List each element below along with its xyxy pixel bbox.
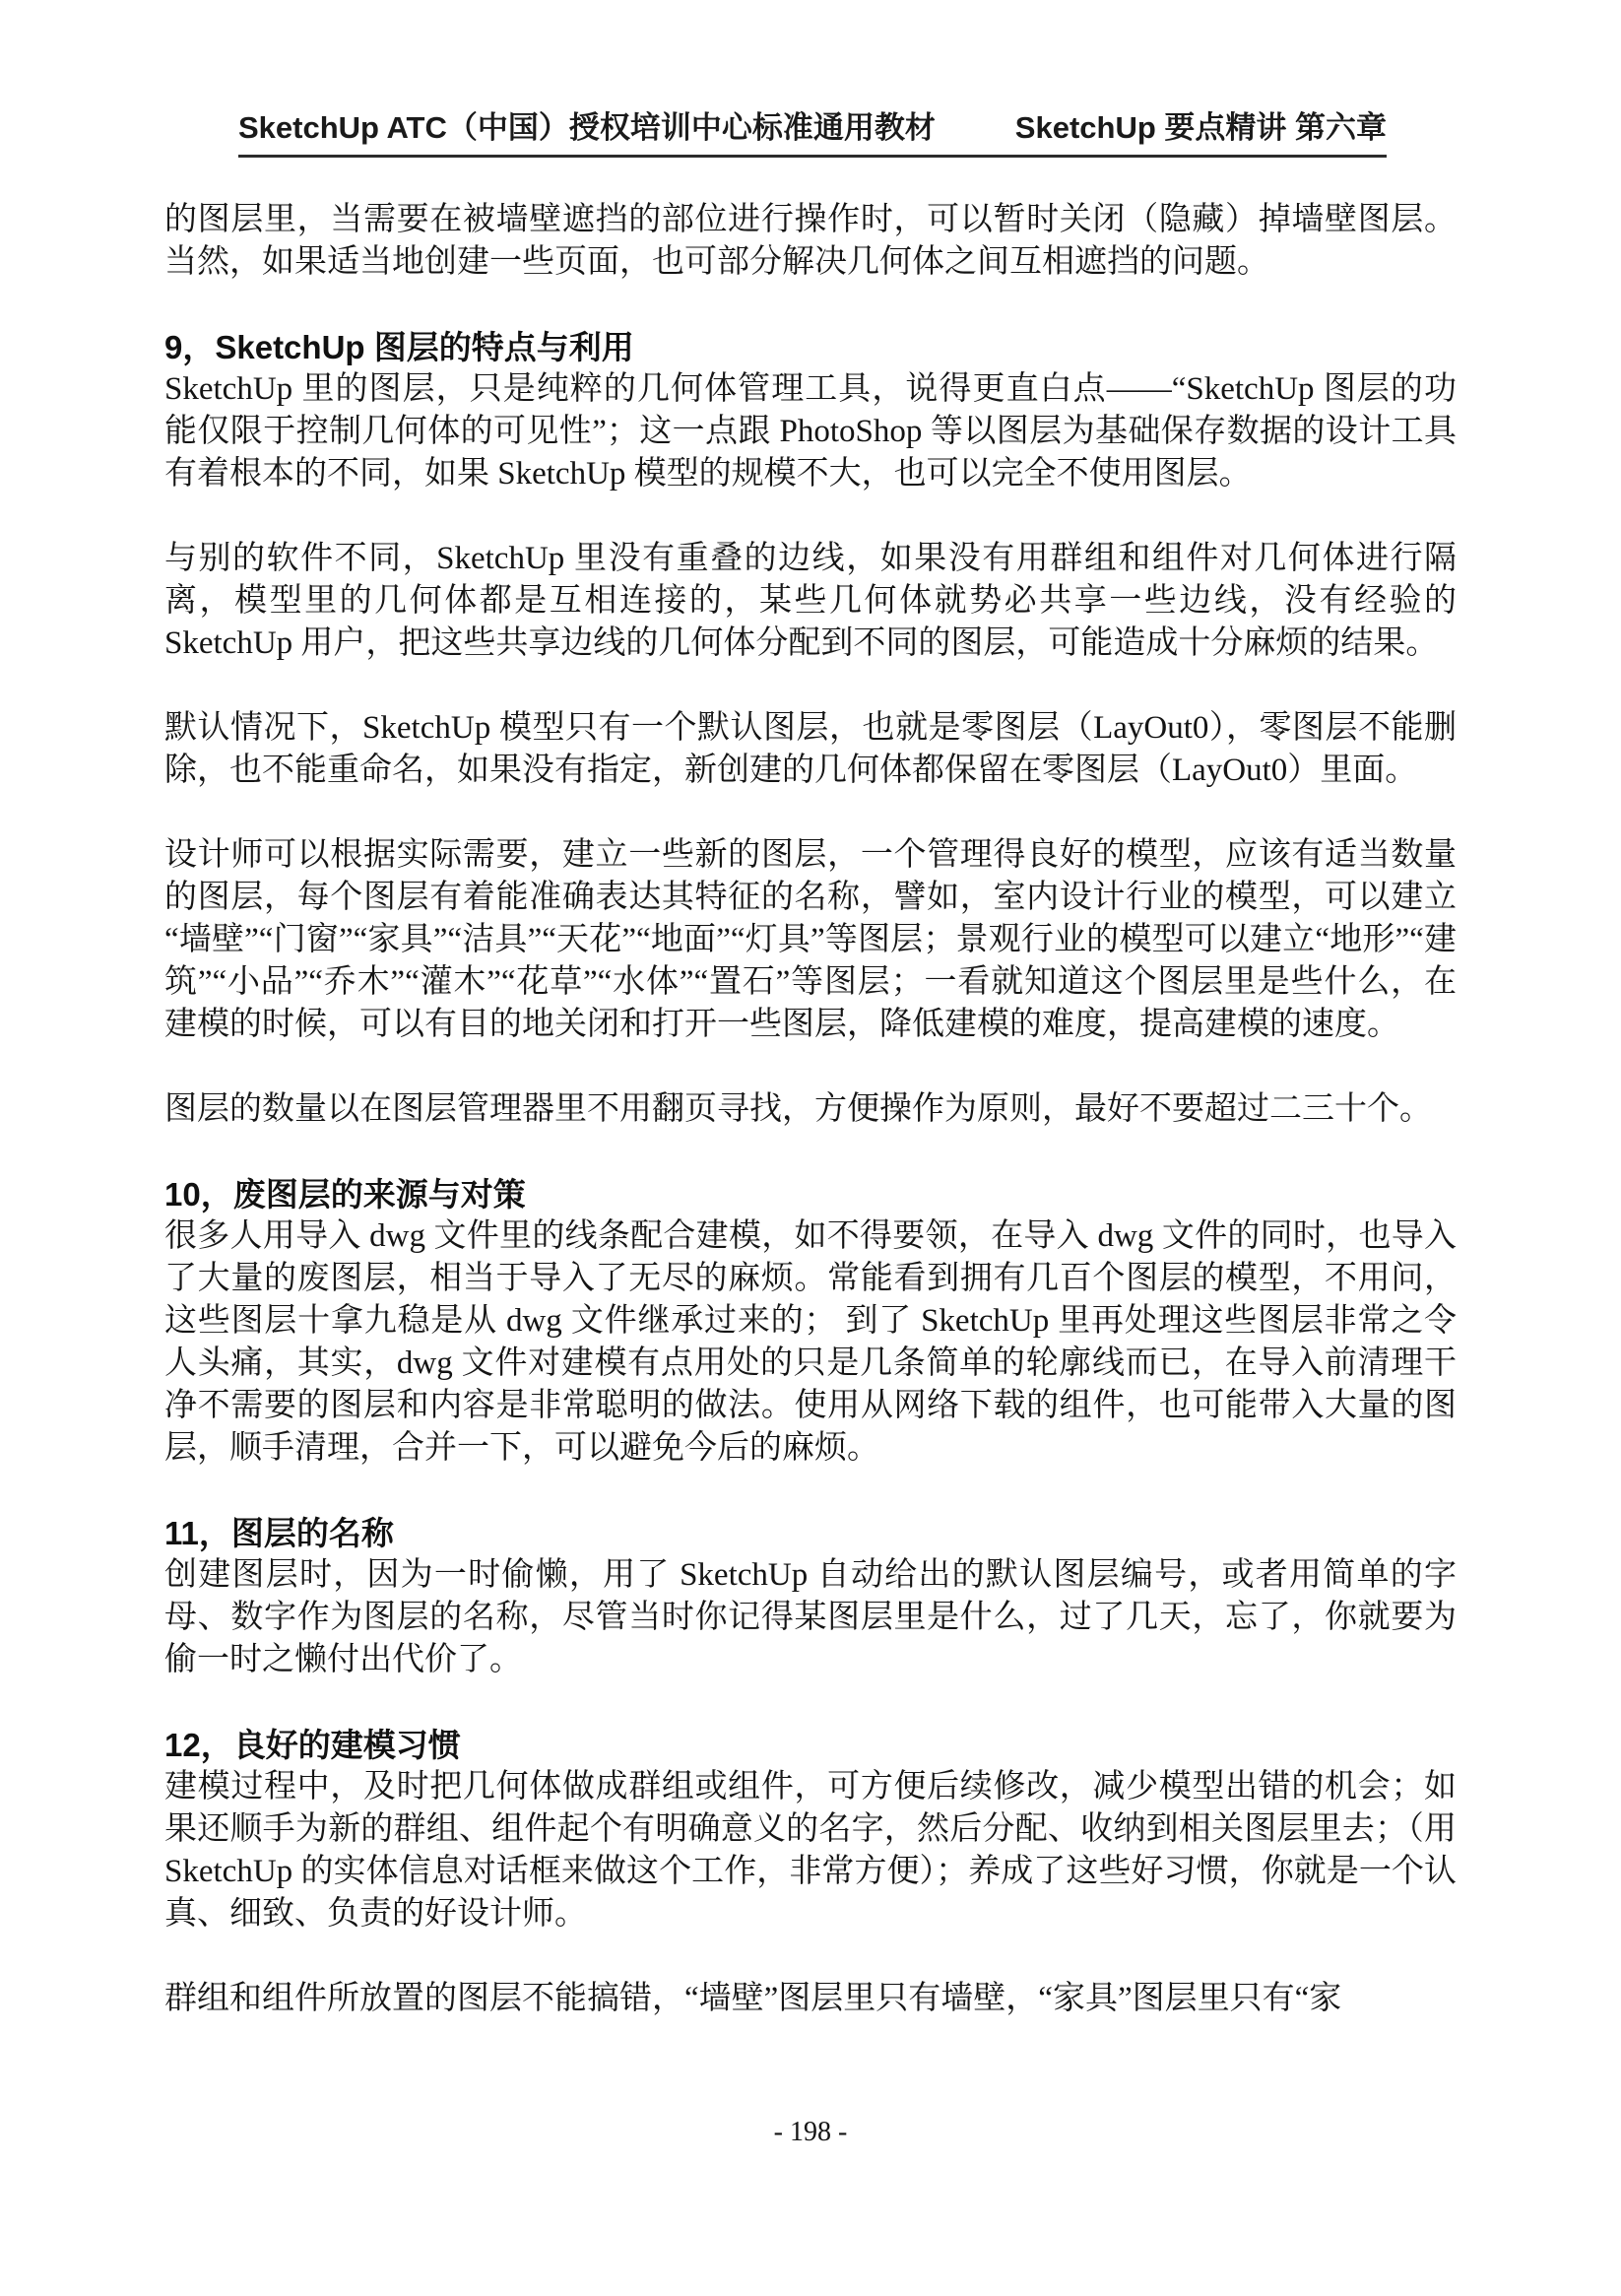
- body-paragraph: 很多人用导入 dwg 文件里的线条配合建模，如不得要领，在导入 dwg 文件的同…: [164, 1215, 1457, 1470]
- document-body: 的图层里，当需要在被墙壁遮挡的部位进行操作时，可以暂时关闭（隐藏）掉墙壁图层。当…: [164, 199, 1457, 2020]
- page-header: SketchUp ATC（中国）授权培训中心标准通用教材 SketchUp 要点…: [238, 108, 1387, 158]
- header-right-title: SketchUp 要点精讲 第六章: [1015, 108, 1387, 148]
- body-paragraph: 与别的软件不同，SketchUp 里没有重叠的边线，如果没有用群组和组件对几何体…: [164, 538, 1457, 665]
- section-heading: 9，SketchUp 图层的特点与利用: [164, 326, 1457, 368]
- section-heading: 12，良好的建模习惯: [164, 1724, 1457, 1766]
- body-paragraph: 设计师可以根据实际需要，建立一些新的图层，一个管理得良好的模型，应该有适当数量的…: [164, 834, 1457, 1046]
- page-footer: - 198 -: [0, 2116, 1621, 2149]
- section-heading: 11，图层的名称: [164, 1512, 1457, 1554]
- body-paragraph: 图层的数量以在图层管理器里不用翻页寻找，方便操作为原则，最好不要超过二三十个。: [164, 1088, 1457, 1131]
- body-paragraph: 建模过程中，及时把几何体做成群组或组件，可方便后续修改，减少模型出错的机会；如果…: [164, 1766, 1457, 1935]
- document-page: SketchUp ATC（中国）授权培训中心标准通用教材 SketchUp 要点…: [0, 0, 1621, 2296]
- body-paragraph: 的图层里，当需要在被墙壁遮挡的部位进行操作时，可以暂时关闭（隐藏）掉墙壁图层。当…: [164, 199, 1457, 284]
- body-paragraph: 默认情况下，SketchUp 模型只有一个默认图层，也就是零图层（LayOut0…: [164, 707, 1457, 792]
- body-paragraph: SketchUp 里的图层，只是纯粹的几何体管理工具，说得更直白点——“Sket…: [164, 368, 1457, 495]
- section-heading: 10，废图层的来源与对策: [164, 1173, 1457, 1215]
- body-paragraph: 创建图层时，因为一时偷懒，用了 SketchUp 自动给出的默认图层编号，或者用…: [164, 1554, 1457, 1681]
- body-paragraph: 群组和组件所放置的图层不能搞错，“墙壁”图层里只有墙壁，“家具”图层里只有“家: [164, 1978, 1457, 2020]
- header-left-title: SketchUp ATC（中国）授权培训中心标准通用教材: [238, 108, 936, 148]
- page-number: - 198 -: [774, 2117, 848, 2147]
